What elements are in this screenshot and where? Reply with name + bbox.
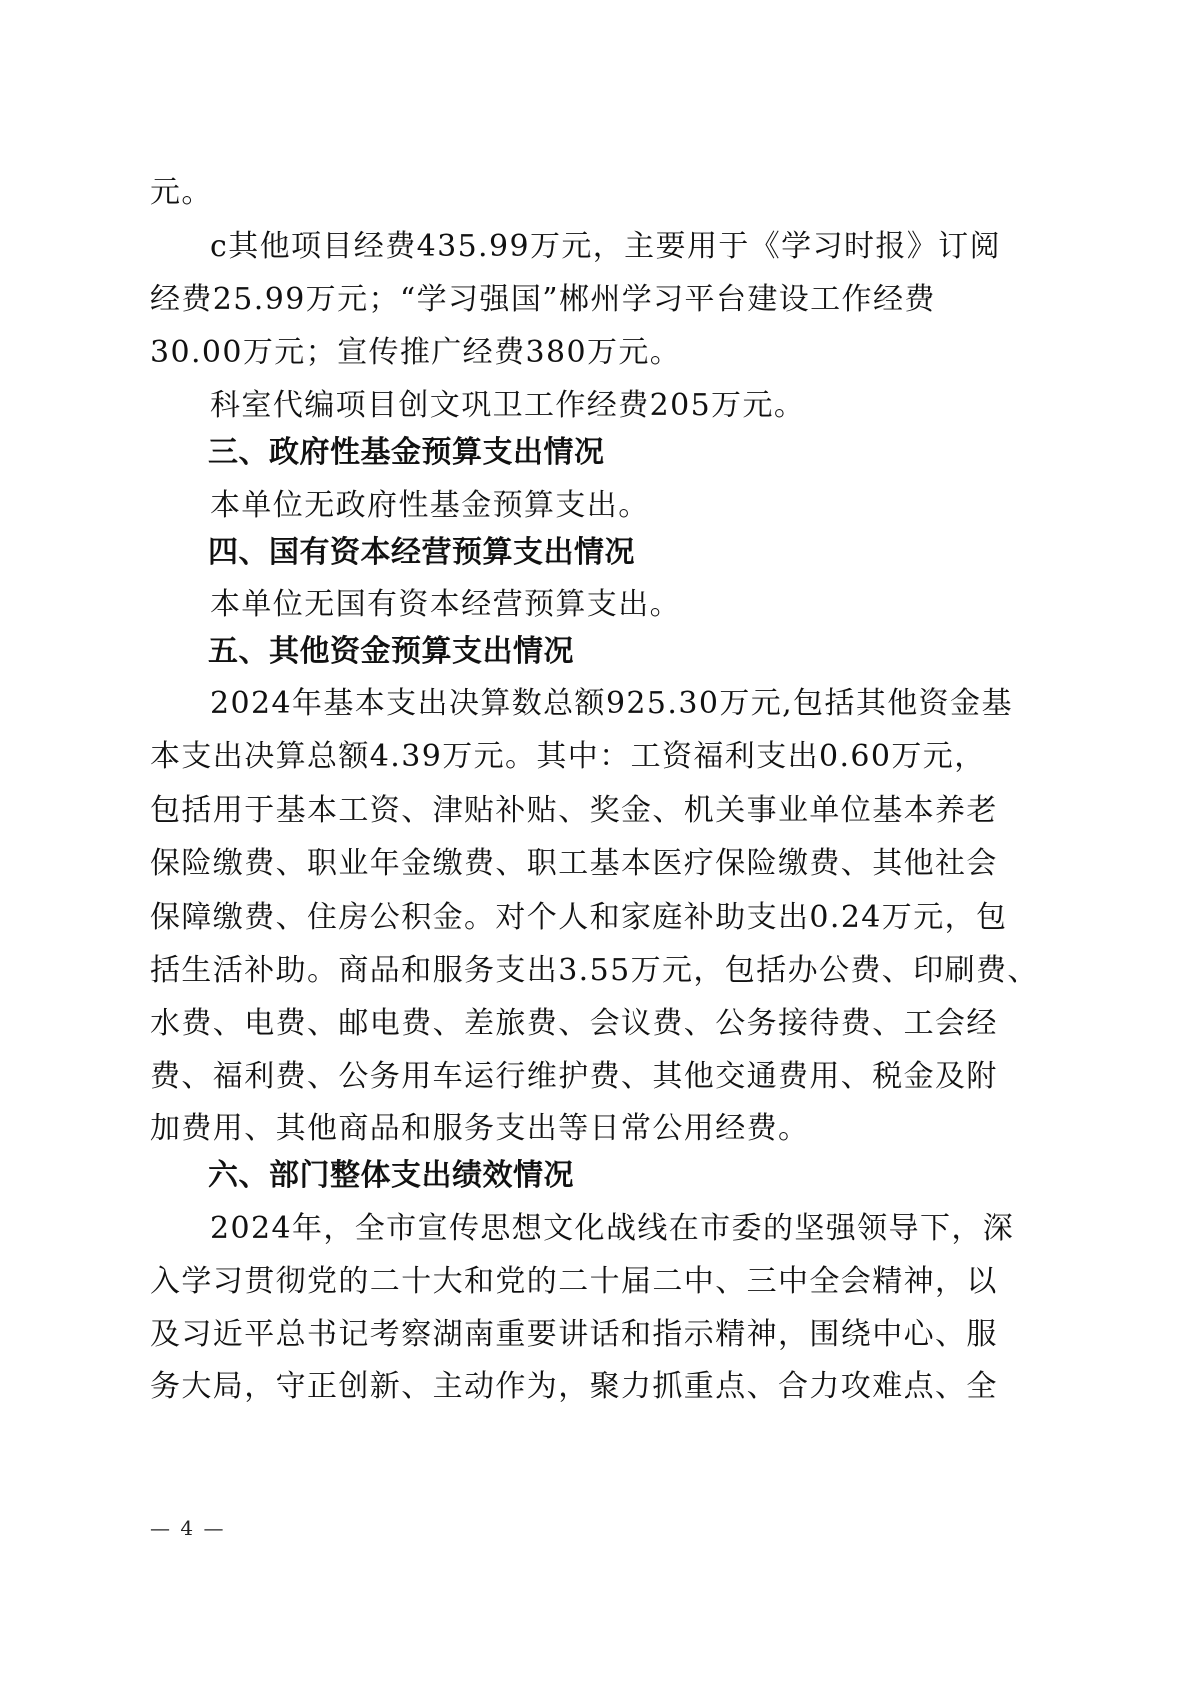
paragraph-line: 加费用、其他商品和服务支出等日常公用经费。 — [150, 1114, 809, 1144]
paragraph-line: 科室代编项目创文巩卫工作经费205万元。 — [210, 391, 805, 421]
paragraph-line: 入学习贯彻党的二十大和党的二十届二中、三中全会精神，以 — [150, 1267, 998, 1297]
section-heading: 四、国有资本经营预算支出情况 — [208, 538, 635, 568]
paragraph-line: 保障缴费、住房公积金。对个人和家庭补助支出0.24万元，包 — [150, 903, 1007, 933]
paragraph-line: 2024年，全市宣传思想文化战线在市委的坚强领导下，深 — [210, 1214, 1014, 1244]
paragraph-line: 水费、电费、邮电费、差旅费、会议费、公务接待费、工会经 — [150, 1009, 998, 1039]
paragraph-line: 元。 — [150, 178, 213, 208]
section-heading: 六、部门整体支出绩效情况 — [208, 1161, 574, 1191]
paragraph-line: 保险缴费、职业年金缴费、职工基本医疗保险缴费、其他社会 — [150, 849, 998, 879]
section-heading: 三、政府性基金预算支出情况 — [208, 438, 605, 468]
paragraph-line: 务大局，守正创新、主动作为，聚力抓重点、合力攻难点、全 — [150, 1372, 998, 1402]
paragraph-line: 本支出决算总额4.39万元。其中：工资福利支出0.60万元， — [150, 742, 986, 772]
paragraph-line: 费、福利费、公务用车运行维护费、其他交通费用、税金及附 — [150, 1062, 998, 1092]
document-page: 元。c其他项目经费435.99万元，主要用于《学习时报》订阅经费25.99万元；… — [0, 0, 1190, 1683]
page-number: — 4 — — [150, 1516, 225, 1540]
paragraph-line: 2024年基本支出决算数总额925.30万元,包括其他资金基 — [210, 689, 1013, 719]
paragraph-line: 本单位无国有资本经营预算支出。 — [210, 590, 681, 620]
paragraph-line: 经费25.99万元；“学习强国”郴州学习平台建设工作经费 — [150, 285, 936, 315]
paragraph-line: 及习近平总书记考察湖南重要讲话和指示精神，围绕中心、服 — [150, 1320, 998, 1350]
paragraph-line: 包括用于基本工资、津贴补贴、奖金、机关事业单位基本养老 — [150, 796, 998, 826]
paragraph-line: 30.00万元；宣传推广经费380万元。 — [150, 338, 681, 368]
paragraph-line: c其他项目经费435.99万元，主要用于《学习时报》订阅 — [210, 232, 1001, 262]
paragraph-line: 括生活补助。商品和服务支出3.55万元，包括办公费、印刷费、 — [150, 956, 1039, 986]
paragraph-line: 本单位无政府性基金预算支出。 — [210, 491, 650, 521]
section-heading: 五、其他资金预算支出情况 — [208, 637, 574, 667]
